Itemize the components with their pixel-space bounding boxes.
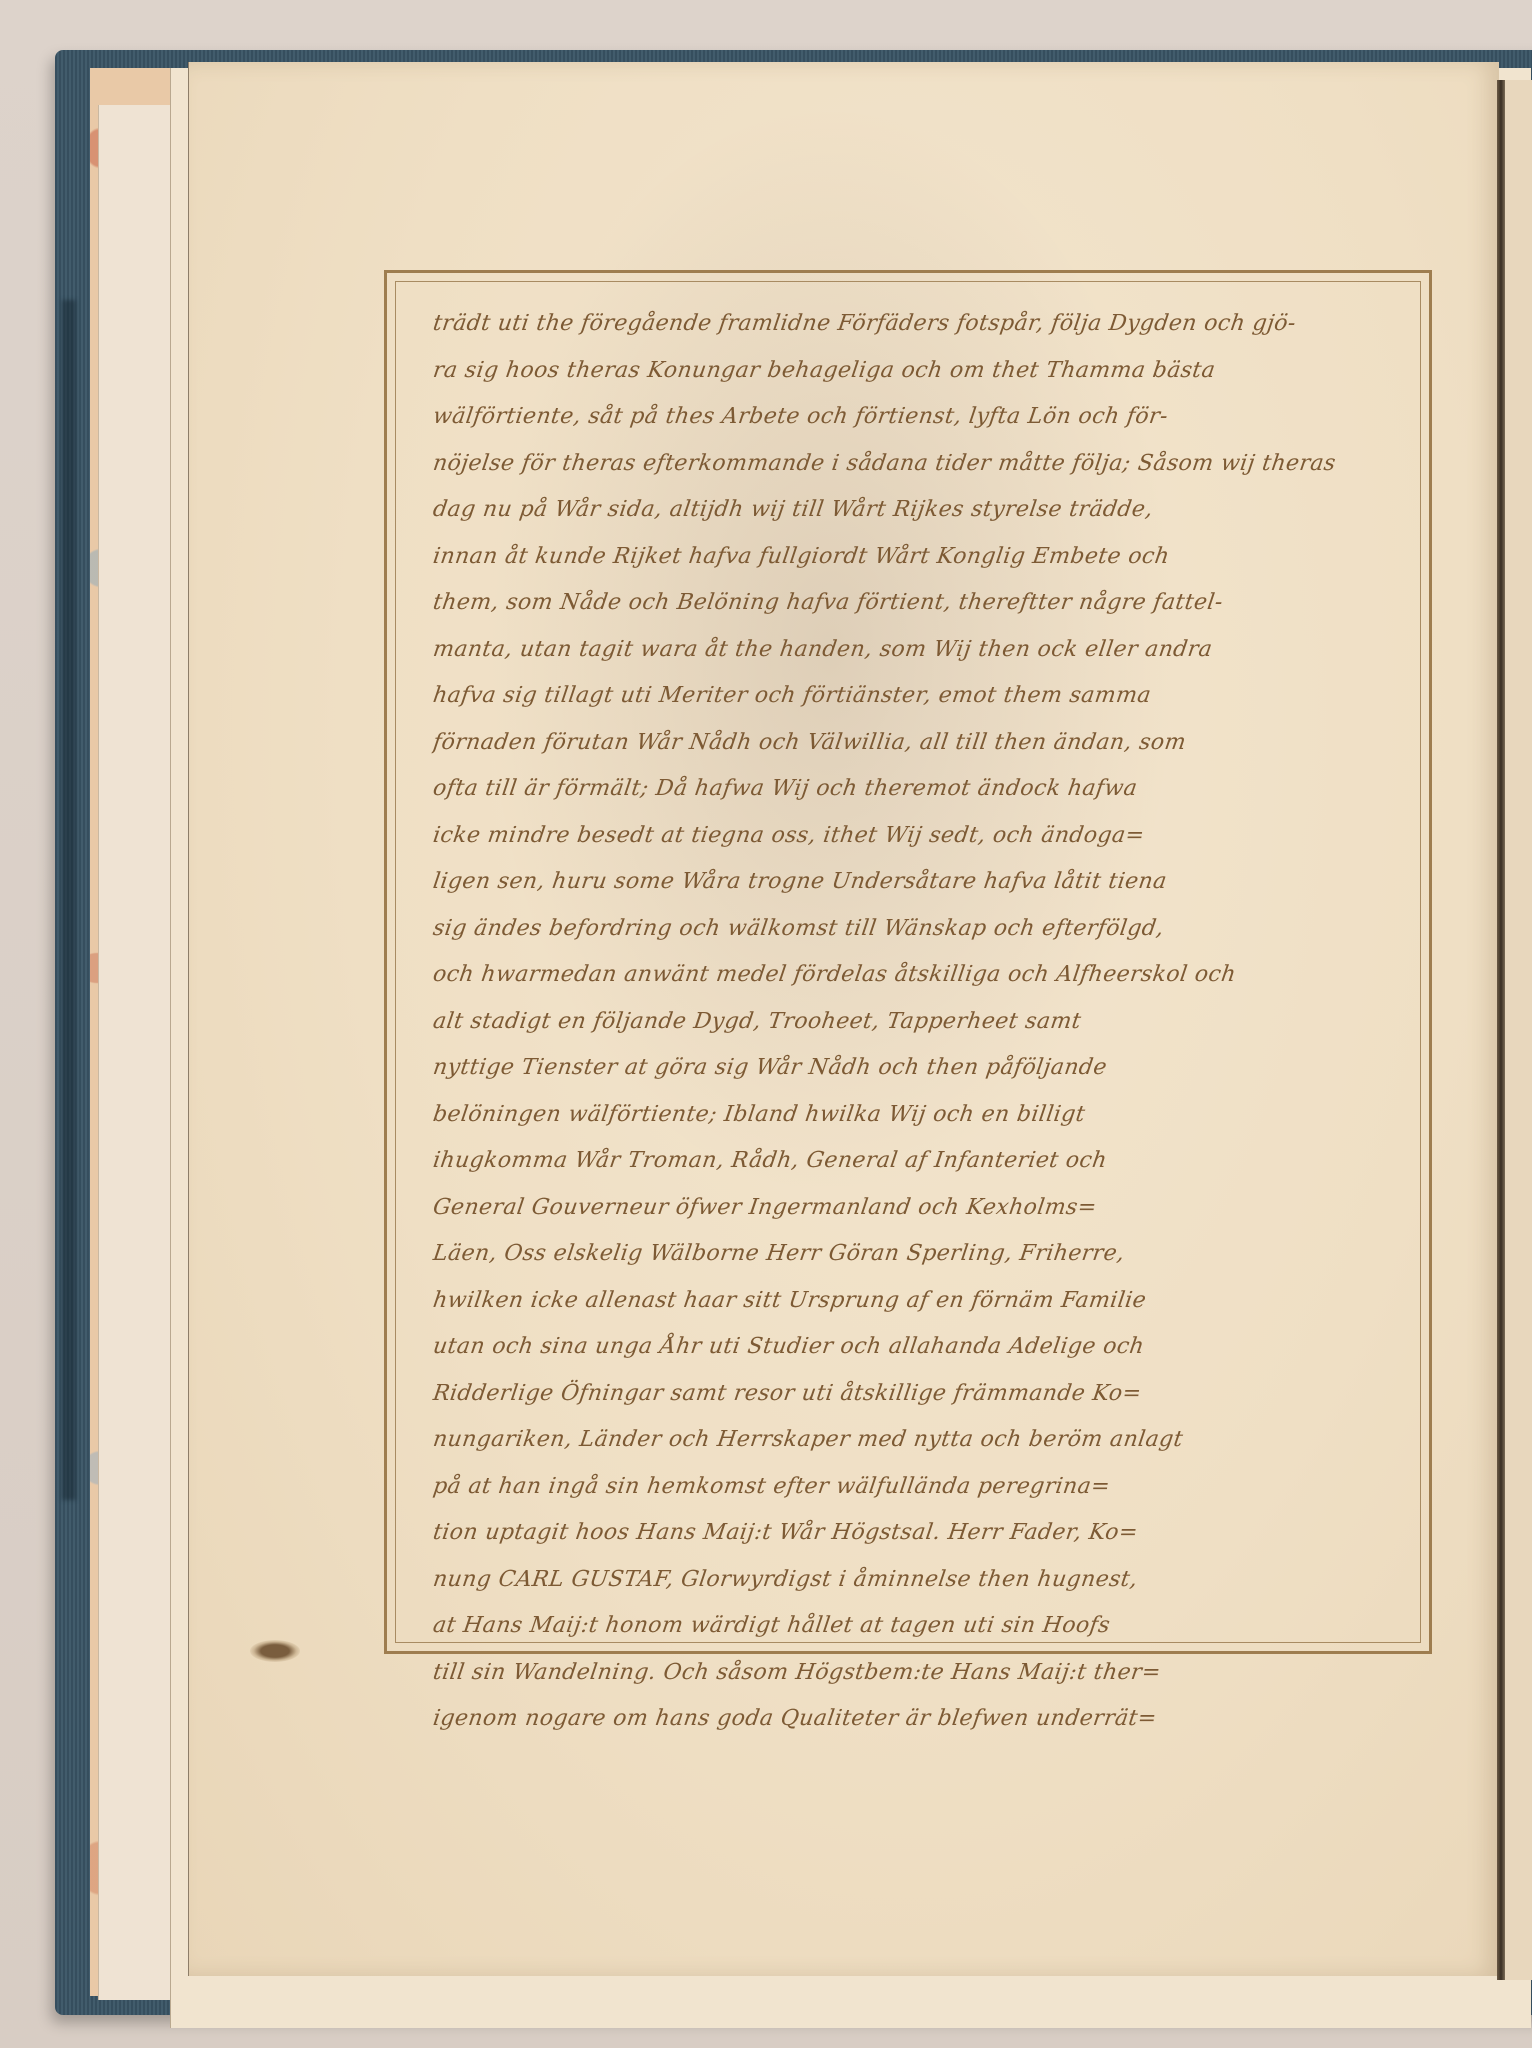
text-line: alt stadigt en följande Dygd, Trooheet, … (430, 999, 1409, 1046)
text-line: icke mindre besedt at tiegna oss, ithet … (430, 813, 1409, 860)
text-line: General Gouverneur öfwer Ingermanland oc… (430, 1185, 1409, 1232)
text-line: wälförtiente, såt på thes Arbete och för… (430, 394, 1409, 441)
text-line: dag nu på Wår sida, altijdh wij till Wår… (430, 487, 1409, 534)
text-line: igenom nogare om hans goda Qualiteter är… (430, 1696, 1409, 1743)
text-line: tion uptagit hoos Hans Maij:t Wår Högsts… (430, 1510, 1409, 1557)
text-line: nung CARL GUSTAF, Glorwyrdigst i åminnel… (430, 1557, 1409, 1604)
text-line: manta, utan tagit wara åt the handen, so… (430, 627, 1409, 674)
text-line: och hwarmedan anwänt medel fördelas åtsk… (430, 952, 1409, 999)
text-line: hwilken icke allenast haar sitt Ursprung… (430, 1278, 1409, 1325)
text-line: trädt uti the föregående framlidne Förfä… (430, 301, 1409, 348)
text-line: nyttige Tienster at göra sig Wår Nådh oc… (430, 1045, 1409, 1092)
text-line: ra sig hoos theras Konungar behageliga o… (430, 348, 1409, 395)
text-line: förnaden förutan Wår Nådh och Välwillia,… (430, 720, 1409, 767)
text-line: till sin Wandelning. Och såsom Högstbem:… (430, 1650, 1409, 1697)
ink-stain (250, 1640, 300, 1662)
text-line: utan och sina unga Åhr uti Studier och a… (430, 1324, 1409, 1371)
text-line: sig ändes befordring och wälkomst till W… (430, 906, 1409, 953)
handwritten-text: trädt uti the föregående framlidne Förfä… (433, 301, 1405, 1743)
text-line: at Hans Maij:t honom wärdigt hållet at t… (430, 1603, 1409, 1650)
text-line: belöningen wälförtiente; Ibland hwilka W… (430, 1092, 1409, 1139)
text-line: hafva sig tillagt uti Meriter och förtiä… (430, 673, 1409, 720)
facing-page-edge (1505, 80, 1532, 1980)
text-line: Läen, Oss elskelig Wälborne Herr Göran S… (430, 1231, 1409, 1278)
text-line: ligen sen, huru some Wåra trogne Underså… (430, 859, 1409, 906)
text-line: på at han ingå sin hemkomst efter wälful… (430, 1464, 1409, 1511)
ruled-text-frame: trädt uti the föregående framlidne Förfä… (384, 270, 1432, 1654)
text-line: nungariken, Länder och Herrskaper med ny… (430, 1417, 1409, 1464)
text-line: innan åt kunde Rijket hafva fullgiordt W… (430, 534, 1409, 581)
cover-shadow (62, 300, 76, 1500)
text-line: ofta till är förmält; Då hafwa Wij och t… (430, 766, 1409, 813)
text-line: nöjelse för theras efterkommande i sådan… (430, 441, 1409, 488)
text-line: ihugkomma Wår Troman, Rådh, General af I… (430, 1138, 1409, 1185)
text-line: Ridderlige Öfningar samt resor uti åtski… (430, 1371, 1409, 1418)
book-gutter (1497, 80, 1505, 1980)
text-line: them, som Nåde och Belöning hafva förtie… (430, 580, 1409, 627)
